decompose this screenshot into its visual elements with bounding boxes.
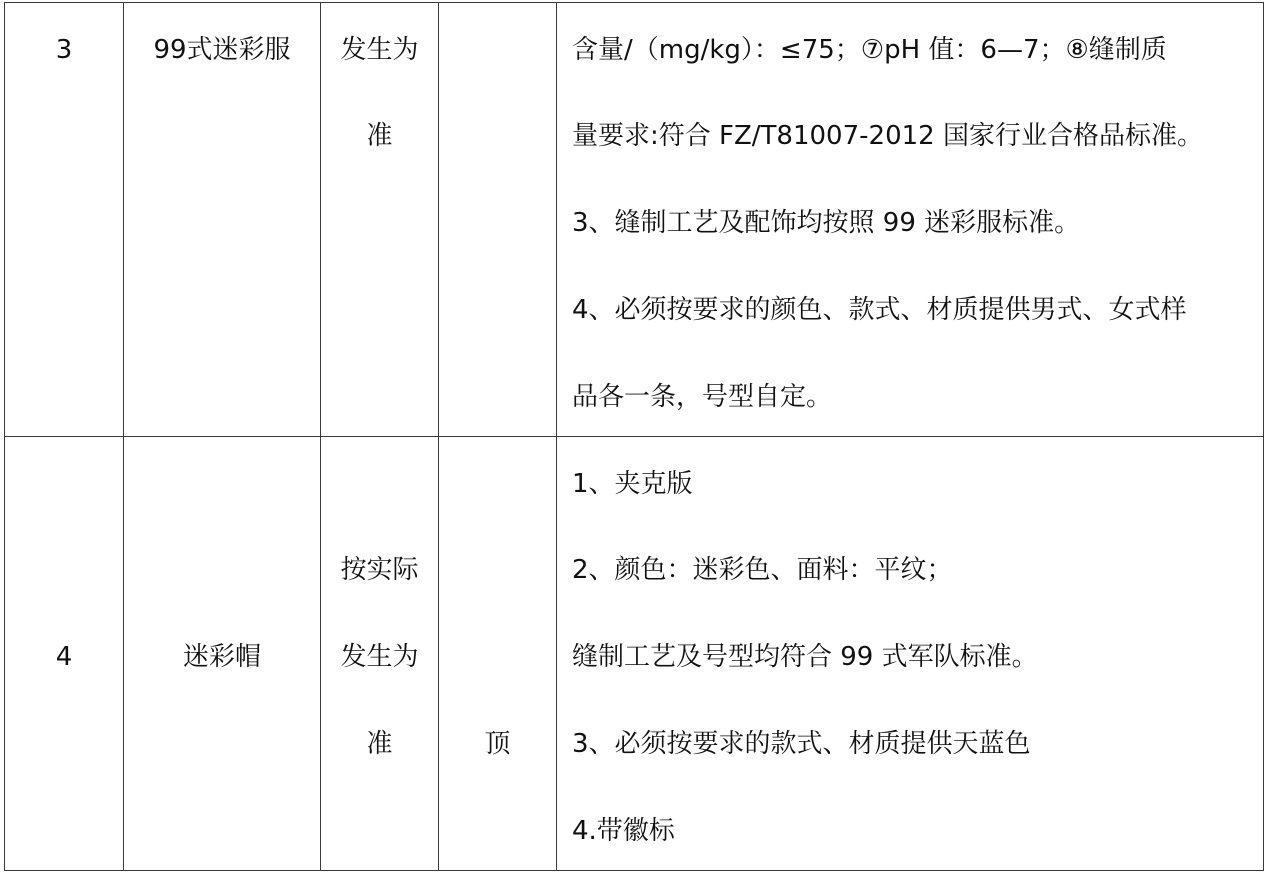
requirements-table: 3 99式迷彩服 发生为 准 含量/（mg (4, 2, 1264, 871)
cell-unit: 顶 (439, 437, 557, 871)
quantity-basis-line: 发生为 (321, 35, 438, 65)
spec-line: 2、颜色：迷彩色、面料：平纹； (572, 555, 1263, 585)
spec-line: 3、缝制工艺及配饰均按照 99 迷彩服标准。 (572, 208, 1263, 238)
cell-item-name: 迷彩帽 (124, 437, 321, 871)
item-name: 迷彩帽 (124, 642, 320, 672)
quantity-basis-line: 发生为 (321, 642, 438, 672)
cell-specification: 含量/（mg/kg）：≤75；⑦pH 值：6—7；⑧缝制质 量要求:符合 FZ/… (557, 3, 1264, 437)
spec-line: 含量/（mg/kg）：≤75；⑦pH 值：6—7；⑧缝制质 (572, 35, 1263, 65)
cell-specification: 1、夹克版 2、颜色：迷彩色、面料：平纹； 缝制工艺及号型均符合 99 式军队标… (557, 437, 1264, 871)
cell-item-name: 99式迷彩服 (124, 3, 321, 437)
spec-line: 3、必须按要求的款式、材质提供天蓝色 (572, 729, 1263, 759)
spec-line: 4.带徽标 (572, 816, 1263, 846)
quantity-basis-line: 准 (321, 729, 438, 759)
cell-unit (439, 3, 557, 437)
spec-line: 1、夹克版 (572, 469, 1263, 499)
item-number: 4 (5, 642, 123, 672)
table-row: 3 99式迷彩服 发生为 准 含量/（mg (5, 3, 1264, 437)
quantity-basis-line: 准 (321, 121, 438, 151)
quantity-basis-line: 按实际 (321, 555, 438, 585)
spec-line: 量要求:符合 FZ/T81007-2012 国家行业合格品标准。 (572, 121, 1263, 151)
spec-line: 4、必须按要求的颜色、款式、材质提供男式、女式样 (572, 295, 1263, 325)
table-row: 4 迷彩帽 按实际 发生为 准 顶 (5, 437, 1264, 871)
cell-item-number: 3 (5, 3, 124, 437)
cell-quantity-basis: 按实际 发生为 准 (321, 437, 439, 871)
unit: 顶 (439, 729, 556, 759)
spec-line: 缝制工艺及号型均符合 99 式军队标准。 (572, 642, 1263, 672)
item-name: 99式迷彩服 (124, 35, 320, 65)
cell-quantity-basis: 发生为 准 (321, 3, 439, 437)
spec-line: 品各一条，号型自定。 (572, 382, 1263, 412)
item-number: 3 (5, 35, 123, 65)
cell-item-number: 4 (5, 437, 124, 871)
